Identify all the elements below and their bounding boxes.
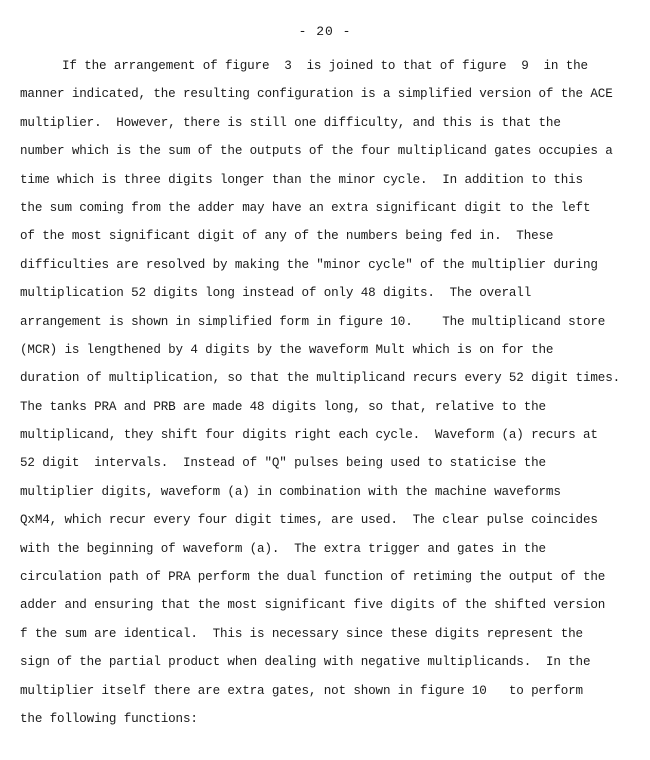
text-line: multiplicand, they shift four digits rig… — [20, 421, 630, 449]
text-line: number which is the sum of the outputs o… — [20, 137, 630, 165]
text-line: multiplication 52 digits long instead of… — [20, 279, 630, 307]
document-body: If the arrangement of figure 3 is joined… — [20, 52, 630, 733]
text-line: manner indicated, the resulting configur… — [20, 80, 630, 108]
text-line: the sum coming from the adder may have a… — [20, 194, 630, 222]
text-line: adder and ensuring that the most signifi… — [20, 591, 630, 619]
text-line: difficulties are resolved by making the … — [20, 251, 630, 279]
text-line: multiplier itself there are extra gates,… — [20, 677, 630, 705]
text-line: If the arrangement of figure 3 is joined… — [20, 52, 630, 80]
text-line: f the sum are identical. This is necessa… — [20, 620, 630, 648]
text-line: multiplier digits, waveform (a) in combi… — [20, 478, 630, 506]
text-line: of the most significant digit of any of … — [20, 222, 630, 250]
text-line: sign of the partial product when dealing… — [20, 648, 630, 676]
text-line: duration of multiplication, so that the … — [20, 364, 630, 392]
text-line: (MCR) is lengthened by 4 digits by the w… — [20, 336, 630, 364]
text-line: multiplier. However, there is still one … — [20, 109, 630, 137]
page-number: - 20 - — [0, 24, 650, 39]
text-line: arrangement is shown in simplified form … — [20, 308, 630, 336]
text-line: 52 digit intervals. Instead of "Q" pulse… — [20, 449, 630, 477]
text-line: The tanks PRA and PRB are made 48 digits… — [20, 393, 630, 421]
text-line: the following functions: — [20, 705, 630, 733]
text-line: QxM4, which recur every four digit times… — [20, 506, 630, 534]
text-line: with the beginning of waveform (a). The … — [20, 535, 630, 563]
text-line: time which is three digits longer than t… — [20, 166, 630, 194]
text-line: circulation path of PRA perform the dual… — [20, 563, 630, 591]
